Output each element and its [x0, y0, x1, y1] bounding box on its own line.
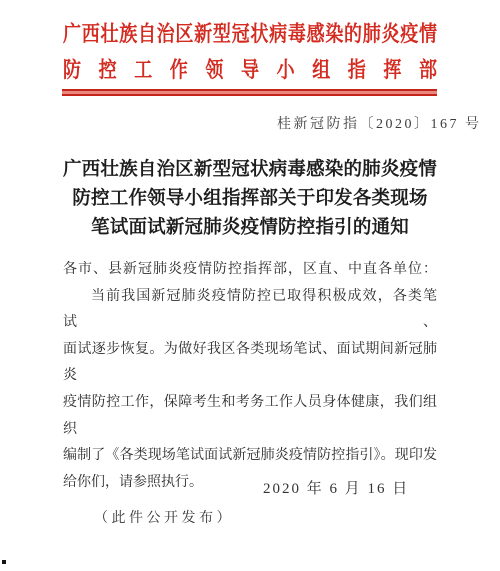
issue-date: 2020 年 6 月 16 日: [263, 477, 409, 498]
letterhead: 广西壮族自治区新型冠状病毒感染的肺炎疫情 防控工作领导小组指挥部: [63, 16, 437, 88]
red-divider-rule: [62, 89, 437, 96]
document-page: 广西壮族自治区新型冠状病毒感染的肺炎疫情 防控工作领导小组指挥部 桂新冠防指〔2…: [0, 0, 500, 571]
document-title-line2: 防控工作领导小组指挥部关于印发各类现场: [0, 185, 500, 214]
letterhead-line1: 广西壮族自治区新型冠状病毒感染的肺炎疫情: [63, 16, 437, 52]
public-release-note: （此件公开发布）: [94, 507, 234, 527]
body-line: 疫情防控工作，保障考生和考务工作人员身体健康，我们组织: [63, 390, 437, 443]
document-reference-number: 桂新冠防指〔2020〕167 号: [277, 113, 482, 133]
body-line: 编制了《各类现场笔试面试新冠肺炎疫情防控指引》。现印发: [63, 443, 437, 470]
document-title-line3: 笔试面试新冠肺炎疫情防控指引的通知: [0, 214, 500, 243]
body-line: 当前我国新冠肺炎疫情防控已取得积极成效，各类笔试、: [63, 284, 437, 337]
document-title: 广西壮族自治区新型冠状病毒感染的肺炎疫情 防控工作领导小组指挥部关于印发各类现场…: [0, 156, 500, 243]
body-line: 面试逐步恢复。为做好我区各类现场笔试、面试期间新冠肺炎: [63, 337, 437, 390]
scan-artifact-dot: [2, 560, 6, 564]
letterhead-line2: 防控工作领导小组指挥部: [63, 52, 437, 88]
body-text: 各市、县新冠肺炎疫情防控指挥部，区直、中直各单位：当前我国新冠肺炎疫情防控已取得…: [63, 257, 437, 496]
document-title-line1: 广西壮族自治区新型冠状病毒感染的肺炎疫情: [0, 156, 500, 185]
body-line: 各市、县新冠肺炎疫情防控指挥部，区直、中直各单位：: [63, 257, 437, 284]
